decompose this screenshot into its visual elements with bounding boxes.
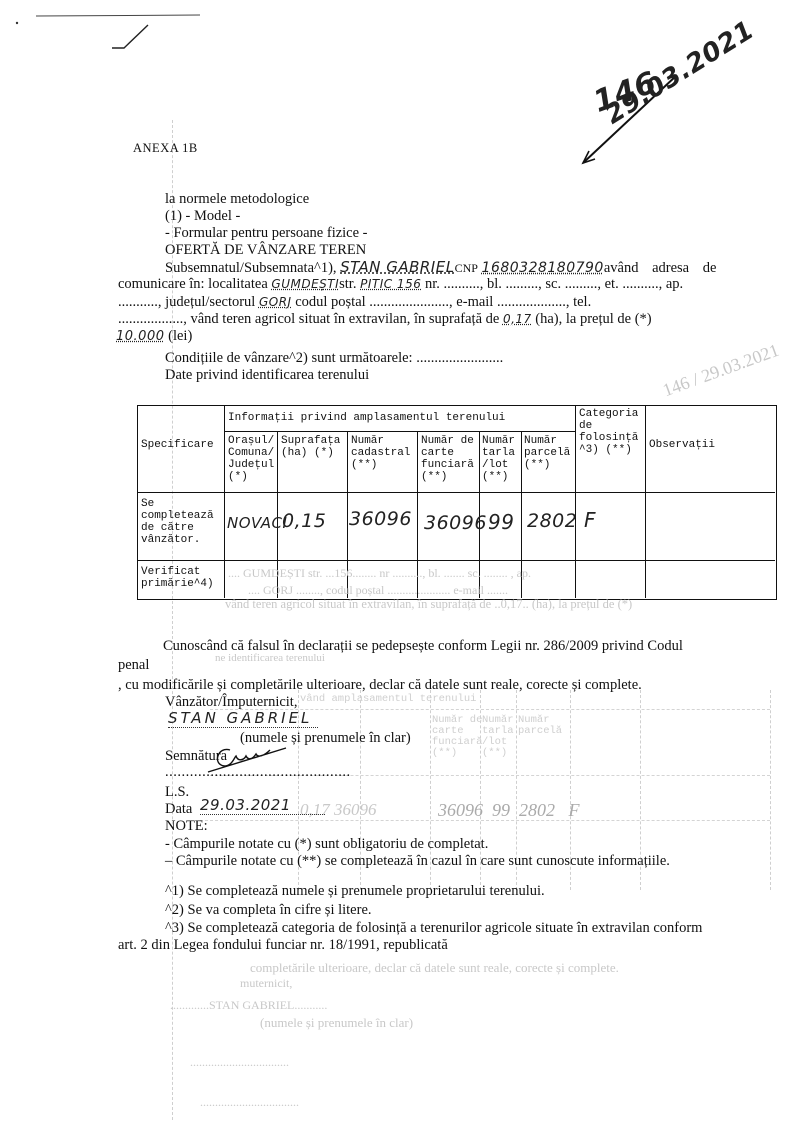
price-line: 10.000 (lei): [116, 328, 192, 345]
locality-field[interactable]: GUMDEȘTI: [271, 277, 339, 291]
bleed-through-text: .... GORJ ........, codul poștal .......…: [248, 583, 508, 598]
bleed-through-text: .................................: [190, 1055, 289, 1070]
date-field[interactable]: 29.03.2021: [200, 796, 325, 815]
col-header-land-book: Număr de carte funciară (**): [421, 435, 479, 483]
footnote-1: ^1) Se completează numele și prenumele p…: [165, 883, 545, 900]
cnp-field[interactable]: 1680328180790: [482, 260, 604, 276]
date-label: Data: [165, 801, 192, 818]
seller-line: Subsemnatul/Subsemnata^1), STAN GABRIELC…: [165, 259, 775, 277]
model-label: (1) - Model -: [165, 208, 368, 225]
col-header-category: Categoria de folosință ^3) (**): [579, 408, 645, 456]
county-line: ..........., județul/sectorul GORJ codul…: [118, 294, 591, 311]
page-title: OFERTĂ DE VÂNZARE TEREN: [165, 242, 368, 259]
col-header-spec: Specificare: [141, 439, 214, 451]
col-header-observations: Observații: [649, 439, 715, 451]
area-line: .................., vând teren agricol s…: [118, 311, 652, 328]
row-seller-cadastral[interactable]: 36096: [349, 508, 412, 530]
col-header-cadastral: Număr cadastral (**): [351, 435, 415, 471]
header-block: la normele metodologice (1) - Model - - …: [165, 191, 368, 259]
col-header-tarla: Număr tarla /lot (**): [482, 435, 520, 483]
bleed-through-text: (numele și prenumele în clar): [260, 1015, 413, 1031]
footnote-3-cont: art. 2 din Legea fondului funciar nr. 18…: [118, 937, 448, 954]
bleed-through-text: .............STAN GABRIEL...........: [170, 998, 327, 1013]
declaration-line-2: penal: [118, 657, 768, 674]
bleed-through-annotation: 146 / 29.03.2021: [660, 340, 782, 401]
row-verified-category[interactable]: [576, 561, 645, 597]
seller-name-field[interactable]: STAN GABRIEL: [340, 258, 454, 276]
col-header-parcel: Număr parcelă (**): [524, 435, 574, 471]
note-required: - Câmpurile notate cu (*) sunt obligator…: [165, 836, 488, 853]
area-field[interactable]: 0,17: [503, 312, 532, 326]
bleed-through-text: .... GUMDEȘTI str. ...156........ nr ...…: [228, 566, 531, 581]
footnote-2: ^2) Se va completa în cifre și litere.: [165, 902, 372, 919]
normative-reference: la normele metodologice: [165, 191, 368, 208]
bleed-through-text: Număr decartefunciară(**): [432, 715, 482, 759]
footnote-3: ^3) Se completează categoria de folosinț…: [165, 920, 702, 937]
bleed-through-text: 36096 99 2802 F: [438, 800, 580, 821]
notes-title: NOTE:: [165, 818, 208, 835]
ls-label: L.S.: [165, 784, 189, 801]
bleed-through-text: Numărtarla/lot(**): [482, 715, 514, 759]
land-table: Informații privind amplasamentul terenul…: [137, 405, 777, 600]
row-seller-land-book[interactable]: 36096: [424, 512, 487, 534]
row-seller-spec: Se completează de către vânzător.: [141, 498, 221, 546]
price-field[interactable]: 10.000: [116, 329, 165, 344]
registration-annotation: 146 29.03.2021: [575, 55, 745, 175]
signature-field-line: ........................................…: [165, 764, 351, 781]
group-header: Informații privind amplasamentul terenul…: [228, 412, 505, 424]
bleed-through-text: vând teren agricol situat în extravilan,…: [225, 597, 632, 612]
row-seller-area[interactable]: 0,15: [282, 510, 326, 532]
col-header-city: Orașul/ Comuna/ Județul (*): [228, 435, 278, 483]
bleed-through-grid: [770, 690, 771, 890]
street-field[interactable]: PITIC 156: [360, 277, 421, 291]
row-seller-category[interactable]: F: [584, 508, 596, 532]
county-field[interactable]: GORJ: [259, 295, 292, 309]
conditions-line: Condițiile de vânzare^2) sunt următoarel…: [165, 350, 503, 367]
row-seller-tarla[interactable]: 99: [488, 510, 514, 534]
address-line: comunicare în: localitatea GUMDEȘTIstr. …: [118, 276, 683, 293]
form-type: - Formular pentru persoane fizice -: [165, 225, 368, 242]
bleed-through-text: Numărparcelă: [518, 715, 562, 737]
seller-printed-name-field[interactable]: STAN GABRIEL: [168, 709, 318, 728]
col-header-area: Suprafața (ha) (*): [281, 435, 345, 459]
bleed-through-text: muternicit,: [240, 976, 292, 991]
bleed-through-text: vând amplasamentul terenului: [300, 693, 476, 705]
declaration-line-3: , cu modificările și completările ulteri…: [118, 677, 768, 694]
row-seller-parcel[interactable]: 2802: [527, 510, 577, 532]
note-optional: – Câmpurile notate cu (**) se completeaz…: [165, 853, 670, 870]
bleed-through-text: completările ulterioare, declar că datel…: [250, 960, 619, 976]
bleed-through-text: .................................: [200, 1095, 299, 1110]
scan-mark: [0, 0, 200, 80]
row-verified-spec: Verificat primărie^4): [141, 566, 221, 590]
row-seller-observations[interactable]: [646, 493, 774, 559]
declaration-line-1: Cunoscând că falsul în declarații se ped…: [118, 638, 768, 655]
declaration: Cunoscând că falsul în declarații se ped…: [118, 638, 768, 694]
row-verified-observations[interactable]: [646, 561, 774, 597]
annex-label: ANEXA 1B: [133, 141, 198, 156]
land-identification-title: Date privind identificarea terenului: [165, 367, 369, 384]
row-seller-city[interactable]: NOVACI: [227, 514, 287, 532]
